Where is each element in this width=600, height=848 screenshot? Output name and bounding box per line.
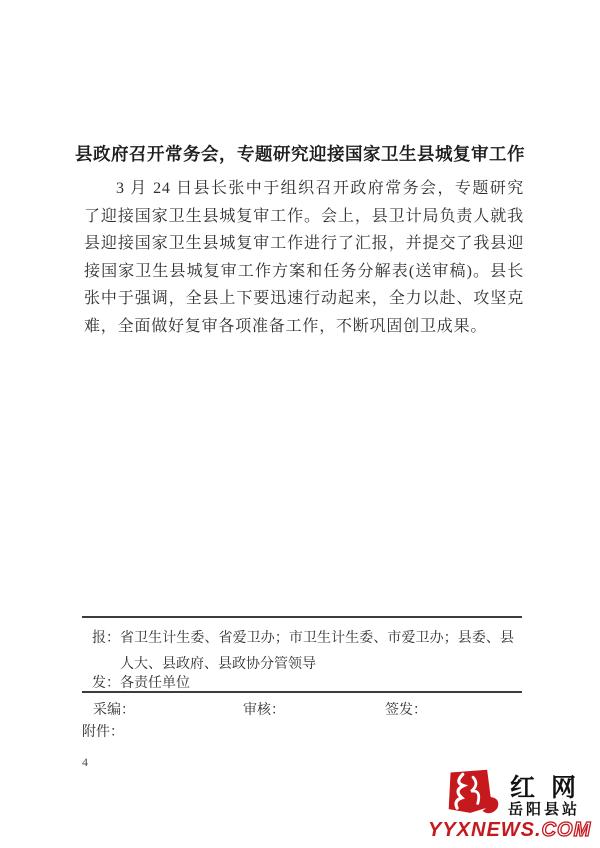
footer-top-rule [82, 616, 522, 618]
rednet-url: YYXNEWS.COM [428, 819, 591, 842]
issue-label: 签发： [385, 699, 427, 719]
document-paragraph: 3 月 24 日县长张中于组织召开政府常务会，专题研究了迎接国家卫生县城复审工作… [84, 175, 524, 340]
rednet-logo: 红网 岳阳县站 YYXNEWS.COM [428, 766, 596, 844]
rednet-url-tld: COM [542, 819, 592, 841]
rednet-station-name: 岳阳县站 [508, 798, 580, 819]
distribute-line: 发： 各责任单位 [92, 671, 190, 697]
review-label: 审核： [243, 699, 285, 719]
document-title: 县政府召开常务会，专题研究迎接国家卫生县城复审工作 [40, 141, 560, 166]
attachment-label: 附件： [82, 721, 124, 741]
rednet-url-main: YYXNEWS. [428, 819, 542, 841]
editor-label: 采编： [93, 699, 135, 719]
distribute-recipients: 各责任单位 [120, 671, 190, 697]
document-page: 县政府召开常务会，专题研究迎接国家卫生县城复审工作 3 月 24 日县长张中于组… [0, 0, 600, 848]
page-number: 4 [82, 755, 88, 770]
footer-middle-rule [82, 691, 522, 693]
distribute-label: 发： [92, 671, 120, 697]
rednet-logo-icon [444, 768, 504, 822]
